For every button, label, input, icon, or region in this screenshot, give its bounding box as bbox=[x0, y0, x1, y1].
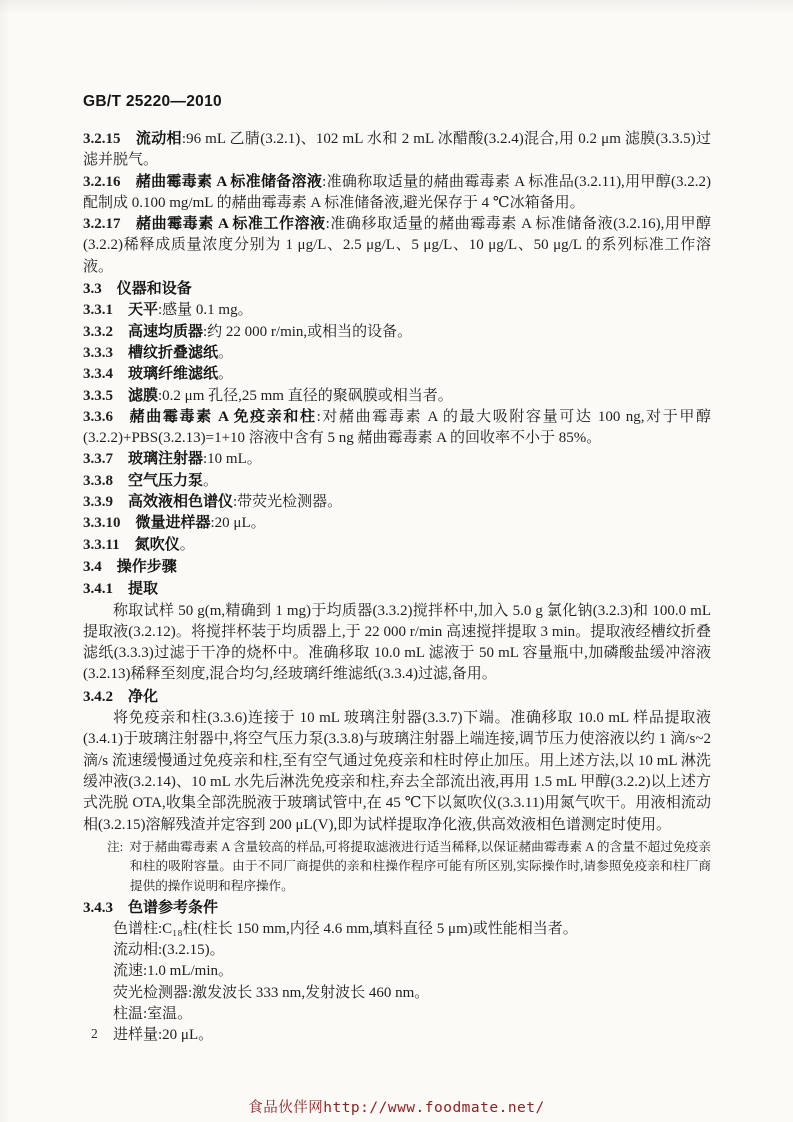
clause-text: 。 bbox=[218, 366, 233, 382]
body-paragraph: 称取试样 50 g(m,精确到 1 mg)于均质器(3.3.2)搅拌杯中,加入 … bbox=[83, 601, 711, 686]
clause-number: 3.3.4 bbox=[83, 366, 113, 382]
clause-number: 3.3.1 bbox=[83, 302, 113, 318]
clause-number: 3.3.7 bbox=[83, 451, 113, 467]
clause-term: 赭曲霉毒素 A 标准工作溶液 bbox=[136, 216, 326, 232]
clause-number: 3.3.6 bbox=[83, 409, 113, 425]
clause-3.3.4: 3.3.4玻璃纤维滤纸。 bbox=[83, 364, 711, 385]
heading-title: 仪器和设备 bbox=[117, 281, 192, 297]
clause-text: :约 22 000 r/min,或相当的设备。 bbox=[203, 324, 412, 340]
heading-title: 净化 bbox=[128, 689, 158, 705]
clause-number: 3.3.2 bbox=[83, 324, 113, 340]
running-header: GB/T 25220—2010 bbox=[83, 93, 222, 111]
body-paragraph: 将免疫亲和柱(3.3.6)连接于 10 mL 玻璃注射器(3.3.7)下端。准确… bbox=[83, 708, 711, 836]
clause-text: 。 bbox=[180, 537, 195, 553]
clause-text: :20 μL。 bbox=[211, 515, 266, 531]
clause-3.2.17: 3.2.17赭曲霉毒素 A 标准工作溶液:准确移取适量的赭曲霉毒素 A 标准储备… bbox=[83, 214, 711, 278]
clause-3.3.5: 3.3.5滤膜:0.2 μm 孔径,25 mm 直径的聚砜膜或相当者。 bbox=[83, 386, 711, 407]
chromatography-condition: 柱温:室温。 bbox=[83, 1004, 711, 1025]
heading-number: 3.4.2 bbox=[83, 689, 113, 705]
clause-text: :感量 0.1 mg。 bbox=[158, 302, 253, 318]
clause-text: :10 mL。 bbox=[203, 451, 262, 467]
clause-3.2.16: 3.2.16赭曲霉毒素 A 标准储备溶液:准确称取适量的赭曲霉毒素 A 标准品(… bbox=[83, 172, 711, 215]
clause-term: 流动相 bbox=[136, 131, 182, 147]
chromatography-condition: 进样量:20 μL。 bbox=[83, 1025, 711, 1046]
clause-3.2.15: 3.2.15流动相:96 mL 乙腈(3.2.1)、102 mL 水和 2 mL… bbox=[83, 129, 711, 172]
clause-term: 玻璃纤维滤纸 bbox=[128, 366, 218, 382]
section-heading-3.4.3: 3.4.3色谱参考条件 bbox=[83, 898, 711, 919]
note-block: 注:对于赭曲霉毒素 A 含量较高的样品,可将提取滤液进行适当稀释,以保证赭曲霉毒… bbox=[83, 838, 711, 897]
heading-number: 3.4 bbox=[83, 559, 102, 575]
clause-3.3.7: 3.3.7玻璃注射器:10 mL。 bbox=[83, 449, 711, 470]
clause-3.3.1: 3.3.1天平:感量 0.1 mg。 bbox=[83, 300, 711, 321]
clause-text: 。 bbox=[218, 345, 233, 361]
clause-number: 3.3.11 bbox=[83, 537, 120, 553]
note-text: 对于赭曲霉毒素 A 含量较高的样品,可将提取滤液进行适当稀释,以保证赭曲霉毒素 … bbox=[129, 840, 711, 893]
clause-number: 3.2.16 bbox=[83, 174, 121, 190]
chromatography-condition: 荧光检测器:激发波长 333 nm,发射波长 460 nm。 bbox=[83, 983, 711, 1004]
clause-term: 天平 bbox=[128, 302, 158, 318]
clause-term: 微量进样器 bbox=[136, 515, 211, 531]
heading-title: 提取 bbox=[128, 581, 158, 597]
document-body: 3.2.15流动相:96 mL 乙腈(3.2.1)、102 mL 水和 2 mL… bbox=[83, 129, 711, 1047]
chromatography-condition: 色谱柱:C₁₈柱(柱长 150 mm,内径 4.6 mm,填料直径 5 μm)或… bbox=[83, 919, 711, 940]
clause-term: 玻璃注射器 bbox=[128, 451, 203, 467]
note-label: 注: bbox=[107, 840, 123, 854]
clause-3.3.8: 3.3.8空气压力泵。 bbox=[83, 471, 711, 492]
clause-3.3.2: 3.3.2高速均质器:约 22 000 r/min,或相当的设备。 bbox=[83, 322, 711, 343]
clause-3.3.6: 3.3.6赭曲霉毒素 A 免疫亲和柱:对赭曲霉毒素 A 的最大吸附容量可达 10… bbox=[83, 407, 711, 450]
clause-term: 高效液相色谱仪 bbox=[128, 494, 233, 510]
heading-number: 3.4.3 bbox=[83, 900, 113, 916]
clause-text: :0.2 μm 孔径,25 mm 直径的聚砜膜或相当者。 bbox=[158, 388, 453, 404]
clause-3.3.11: 3.3.11氮吹仪。 bbox=[83, 535, 711, 556]
clause-3.3.3: 3.3.3槽纹折叠滤纸。 bbox=[83, 343, 711, 364]
clause-number: 3.2.17 bbox=[83, 216, 121, 232]
clause-term: 滤膜 bbox=[128, 388, 158, 404]
heading-number: 3.3 bbox=[83, 281, 102, 297]
footer-watermark: 食品伙伴网http://www.foodmate.net/ bbox=[0, 1096, 793, 1117]
chromatography-condition: 流速:1.0 mL/min。 bbox=[83, 961, 711, 982]
clause-3.3.9: 3.3.9高效液相色谱仪:带荧光检测器。 bbox=[83, 492, 711, 513]
section-heading-3.4.1: 3.4.1提取 bbox=[83, 579, 711, 600]
clause-term: 氮吹仪 bbox=[135, 537, 180, 553]
clause-term: 赭曲霉毒素 A 免疫亲和柱 bbox=[128, 409, 317, 425]
page-number: 2 bbox=[91, 1026, 98, 1042]
clause-number: 3.3.3 bbox=[83, 345, 113, 361]
clause-number: 3.3.8 bbox=[83, 473, 113, 489]
clause-number: 3.2.15 bbox=[83, 131, 121, 147]
clause-term: 空气压力泵 bbox=[128, 473, 203, 489]
clause-number: 3.3.9 bbox=[83, 494, 113, 510]
clause-text: :带荧光检测器。 bbox=[233, 494, 342, 510]
clause-term: 赭曲霉毒素 A 标准储备溶液 bbox=[136, 174, 323, 190]
section-heading-3.3: 3.3仪器和设备 bbox=[83, 279, 711, 300]
heading-number: 3.4.1 bbox=[83, 581, 113, 597]
scanned-standard-page: { "page": { "header": "GB/T 25220—2010",… bbox=[0, 0, 793, 1122]
clause-3.3.10: 3.3.10微量进样器:20 μL。 bbox=[83, 513, 711, 534]
section-heading-3.4: 3.4操作步骤 bbox=[83, 557, 711, 578]
heading-title: 色谱参考条件 bbox=[128, 900, 218, 916]
chromatography-condition: 流动相:(3.2.15)。 bbox=[83, 940, 711, 961]
heading-title: 操作步骤 bbox=[117, 559, 177, 575]
section-heading-3.4.2: 3.4.2净化 bbox=[83, 687, 711, 708]
clause-term: 高速均质器 bbox=[128, 324, 203, 340]
clause-text: 。 bbox=[203, 473, 218, 489]
clause-number: 3.3.10 bbox=[83, 515, 121, 531]
clause-term: 槽纹折叠滤纸 bbox=[128, 345, 218, 361]
clause-number: 3.3.5 bbox=[83, 388, 113, 404]
